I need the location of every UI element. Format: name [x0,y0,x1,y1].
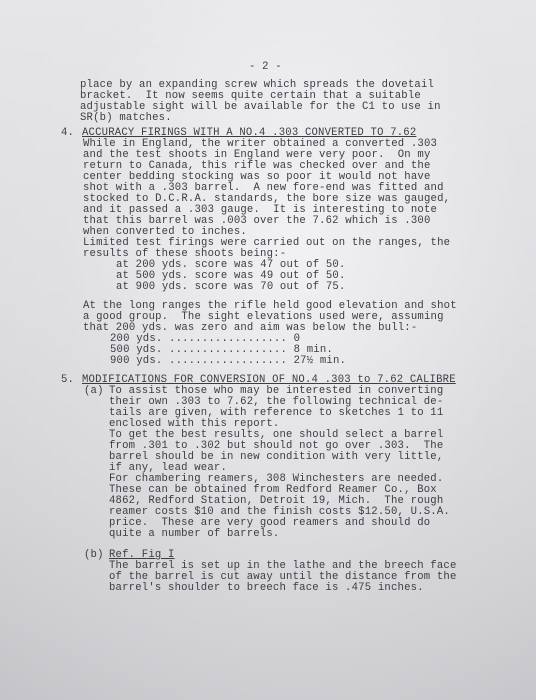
text-line: barrel's shoulder to breech face is .475… [109,583,424,594]
text-line: SR(b) matches. [80,113,172,124]
page-number: - 2 - [249,62,282,73]
elevation-line: 900 yds. .................. 27½ min. [110,356,346,367]
section-number: 5. [61,375,74,386]
subsection-label: (b) [84,550,104,561]
subsection-label: (a) [84,386,104,397]
typewritten-page: - 2 - place by an expanding screw which … [0,0,536,700]
text-line: quite a number of barrels. [109,529,280,540]
section-number: 4. [61,128,74,139]
score-line: at 900 yds. score was 70 out of 75. [116,282,346,293]
